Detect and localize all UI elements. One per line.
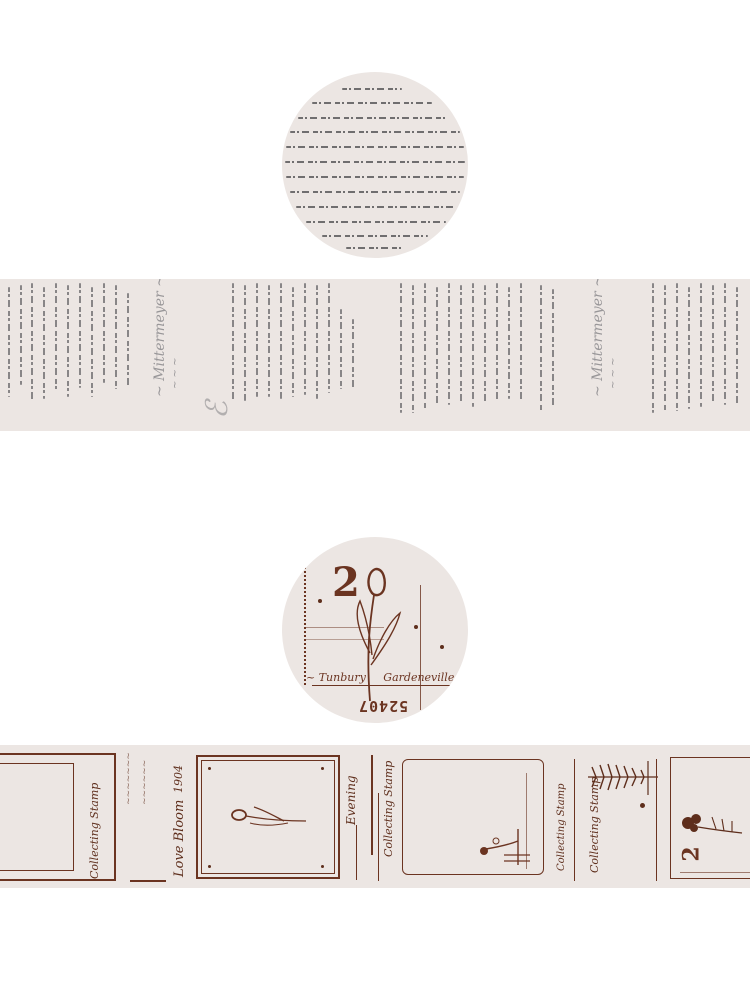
floral-sprig-icon xyxy=(474,825,534,869)
tulip-sprig-icon xyxy=(230,803,310,839)
tulip-tape-swatch: 2 ~ Tunbury Gardeneville 52407 xyxy=(282,537,468,723)
label-collecting-stamp-2: Collecting Stamp xyxy=(382,761,395,857)
script-tape-strip: ~ Mittermeyer ~ ~ ~ ~ ℰ ~ Mittermeyer ~ … xyxy=(0,279,750,431)
fern-sprig-icon xyxy=(586,757,660,797)
script-tape-swatch xyxy=(282,72,468,258)
flourish-heading-2: ~ Mittermeyer ~ xyxy=(590,279,606,397)
tulip-tape-strip: Collecting Stamp Love Bloom 1904 ~~~~~~~… xyxy=(0,745,750,888)
flourish-heading-1: ~ Mittermeyer ~ xyxy=(152,279,168,397)
label-evening: Evening xyxy=(344,775,358,825)
frame-number: 2 xyxy=(679,846,705,861)
label-collecting-stamp-3: Collecting Stamp xyxy=(556,783,567,871)
label-year: 1904 xyxy=(172,765,185,793)
label-love-bloom: Love Bloom xyxy=(172,800,187,877)
flower-icon xyxy=(676,809,746,849)
swatch-serial: 52407 xyxy=(358,697,408,715)
tulip-icon xyxy=(340,561,420,706)
label-collecting-stamp-1: Collecting Stamp xyxy=(88,783,101,879)
